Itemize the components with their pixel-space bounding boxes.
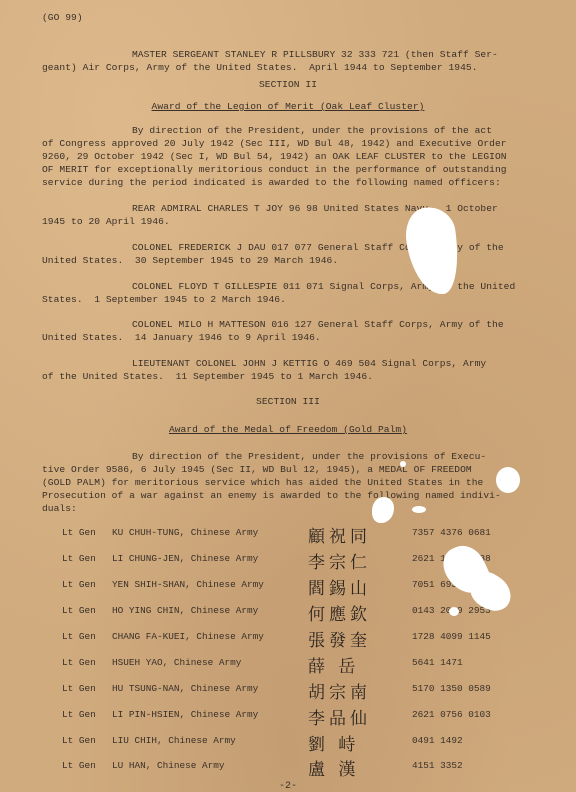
table-row: Lt Gen HSUEH YAO, Chinese Army 薛 岳 5641 …: [0, 654, 576, 674]
recipient-name: LI PIN-HSIEN, Chinese Army: [112, 709, 258, 720]
section-3-para-line: By direction of the President, under the…: [132, 451, 486, 462]
intro-line-1: MASTER SERGEANT STANLEY R PILLSBURY 32 3…: [132, 49, 498, 60]
rank: Lt Gen: [62, 605, 96, 616]
section-2-para-line: 9260, 29 October 1942 (Sec I, WD Bul 54,…: [42, 151, 507, 162]
recipient-name: CHANG FA-KUEI, Chinese Army: [112, 631, 264, 642]
awardee-line: United States. 14 January 1946 to 9 Apri…: [42, 332, 321, 343]
chinese-name: 盧 漢: [308, 755, 359, 780]
paper-hole: [449, 607, 459, 616]
awardee-line: LIEUTENANT COLONEL JOHN J KETTIG O 469 5…: [132, 358, 486, 369]
section-2-title: Award of the Legion of Merit (Oak Leaf C…: [0, 101, 576, 112]
chinese-name: 張發奎: [308, 626, 371, 651]
awardee-line: COLONEL FLOYD T GILLESPIE 011 071 Signal…: [132, 281, 515, 292]
table-row: Lt Gen CHANG FA-KUEI, Chinese Army 張發奎 1…: [0, 628, 576, 648]
rank: Lt Gen: [62, 709, 96, 720]
chinese-name: 閻錫山: [308, 574, 371, 599]
recipient-name: KU CHUH-TUNG, Chinese Army: [112, 527, 258, 538]
chinese-name: 胡宗南: [308, 678, 371, 703]
recipient-name: LIU CHIH, Chinese Army: [112, 735, 236, 746]
rank: Lt Gen: [62, 760, 96, 771]
rank: Lt Gen: [62, 553, 96, 564]
telegraph-code: 4151 3352: [412, 760, 463, 771]
telegraph-code: 5170 1350 0589: [412, 683, 491, 694]
table-row: Lt Gen HU TSUNG-NAN, Chinese Army 胡宗南 51…: [0, 680, 576, 700]
chinese-name: 李宗仁: [308, 548, 371, 573]
paper-hole: [496, 467, 520, 493]
table-row: Lt Gen LIU CHIH, Chinese Army 劉 峙 0491 1…: [0, 732, 576, 752]
awardee-line: 1945 to 20 April 1946.: [42, 216, 170, 227]
paper-hole: [400, 461, 406, 467]
section-3-heading: SECTION III: [0, 396, 576, 407]
section-2-para-line: OF MERIT for exceptionally meritorious c…: [42, 164, 507, 175]
paper-hole: [372, 497, 394, 523]
section-2-heading: SECTION II: [0, 79, 576, 90]
telegraph-code: 1728 4099 1145: [412, 631, 491, 642]
section-3-title: Award of the Medal of Freedom (Gold Palm…: [0, 424, 576, 435]
table-row: Lt Gen LU HAN, Chinese Army 盧 漢 4151 335…: [0, 757, 576, 777]
telegraph-code: 0491 1492: [412, 735, 463, 746]
recipient-name: LI CHUNG-JEN, Chinese Army: [112, 553, 258, 564]
document-page: (GO 99) MASTER SERGEANT STANLEY R PILLSB…: [0, 0, 576, 792]
chinese-name: 何應欽: [308, 600, 371, 625]
telegraph-code: 7357 4376 0681: [412, 527, 491, 538]
awardee-line: United States. 30 September 1945 to 29 M…: [42, 255, 338, 266]
rank: Lt Gen: [62, 527, 96, 538]
chinese-name: 劉 峙: [308, 730, 359, 755]
section-3-para-line: Prosecution of a war against an enemy is…: [42, 490, 501, 501]
telegraph-code: 5641 1471: [412, 657, 463, 668]
section-2-para-line: service during the period indicated is a…: [42, 177, 501, 188]
section-2-para-line: of Congress approved 20 July 1942 (Sec I…: [42, 138, 507, 149]
rank: Lt Gen: [62, 735, 96, 746]
telegraph-code: 2621 0756 0103: [412, 709, 491, 720]
section-3-para-line: duals:: [42, 503, 77, 514]
section-3-para-line: (GOLD PALM) for meritorious service whic…: [42, 477, 483, 488]
recipient-name: HSUEH YAO, Chinese Army: [112, 657, 241, 668]
awardee-line: States. 1 September 1945 to 2 March 1946…: [42, 294, 286, 305]
table-row: Lt Gen KU CHUH-TUNG, Chinese Army 顧祝同 73…: [0, 524, 576, 544]
recipient-name: HO YING CHIN, Chinese Army: [112, 605, 258, 616]
awardee-line: COLONEL MILO H MATTESON 016 127 General …: [132, 319, 504, 330]
recipient-name: YEN SHIH-SHAN, Chinese Army: [112, 579, 264, 590]
rank: Lt Gen: [62, 579, 96, 590]
paper-hole: [412, 506, 426, 513]
table-row: Lt Gen LI CHUNG-JEN, Chinese Army 李宗仁 26…: [0, 550, 576, 570]
section-2-para-line: By direction of the President, under the…: [132, 125, 492, 136]
recipient-name: HU TSUNG-NAN, Chinese Army: [112, 683, 258, 694]
table-row: Lt Gen LI PIN-HSIEN, Chinese Army 李品仙 26…: [0, 706, 576, 726]
header-reference: (GO 99): [42, 12, 83, 23]
recipient-name: LU HAN, Chinese Army: [112, 760, 225, 771]
intro-line-2: geant) Air Corps, Army of the United Sta…: [42, 62, 478, 73]
chinese-name: 薛 岳: [308, 652, 359, 677]
rank: Lt Gen: [62, 683, 96, 694]
page-number: -2-: [0, 781, 576, 792]
rank: Lt Gen: [62, 657, 96, 668]
chinese-name: 顧祝同: [308, 522, 371, 547]
chinese-name: 李品仙: [308, 704, 371, 729]
section-3-para-line: tive Order 9586, 6 July 1945 (Sec II, WD…: [42, 464, 472, 475]
awardee-line: of the United States. 11 September 1945 …: [42, 371, 373, 382]
rank: Lt Gen: [62, 631, 96, 642]
